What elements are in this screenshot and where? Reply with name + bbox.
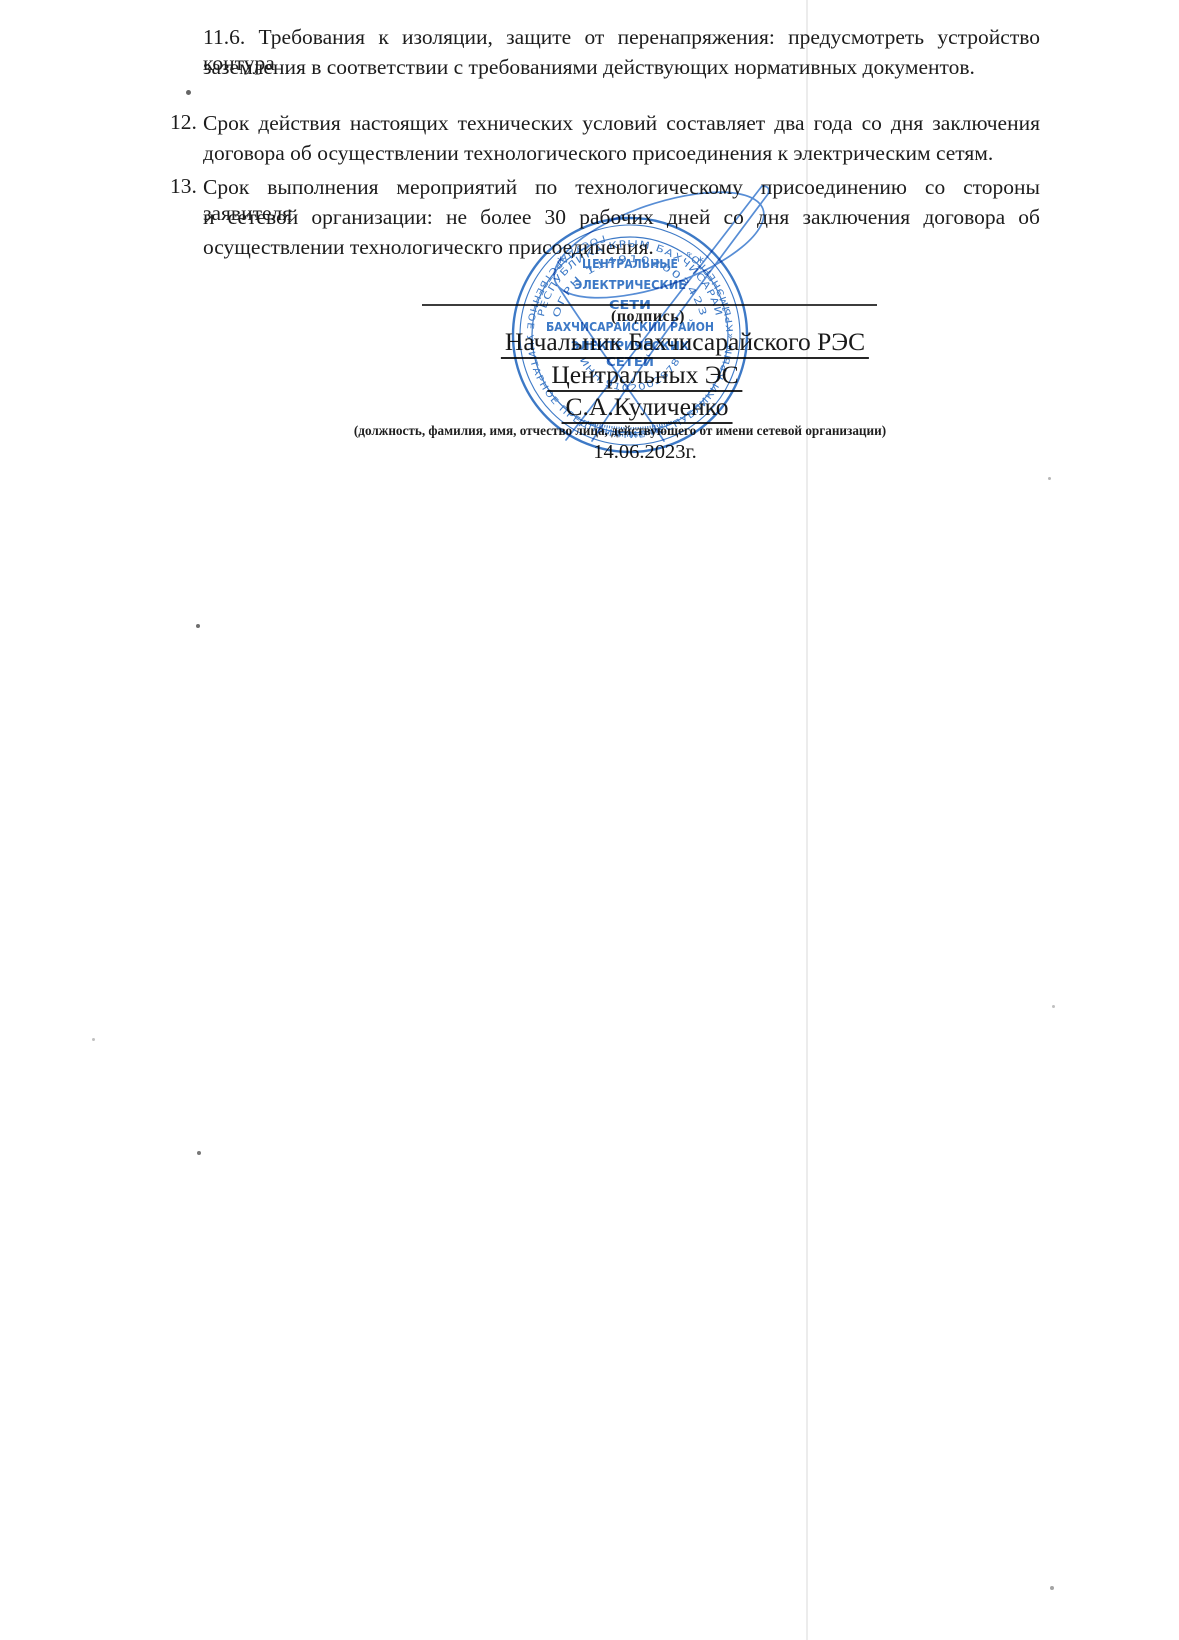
item-13-number: 13. <box>170 174 197 199</box>
item-12-line-1: Срок действия настоящих технических усло… <box>203 110 1040 136</box>
item-12-number: 12. <box>170 110 197 135</box>
clause-11-6-line-2: заземления в соответствии с требованиями… <box>203 54 1040 80</box>
handwritten-signature <box>500 150 820 470</box>
signature-stroke-long <box>566 186 762 440</box>
scan-speck <box>186 90 191 95</box>
scan-speck <box>92 1038 95 1041</box>
scan-speck <box>1050 1586 1054 1590</box>
scan-speck <box>197 1151 201 1155</box>
scan-speck <box>196 624 200 628</box>
scanned-document-page: 11.6. Требования к изоляции, защите от п… <box>0 0 1179 1640</box>
signature-stroke-tip <box>762 186 769 194</box>
scan-speck <box>1048 477 1051 480</box>
signature-loop-ellipse <box>542 170 777 319</box>
signature-stroke-cross <box>558 286 664 441</box>
signature-stroke-curve <box>592 194 768 441</box>
scan-speck <box>1052 1005 1055 1008</box>
